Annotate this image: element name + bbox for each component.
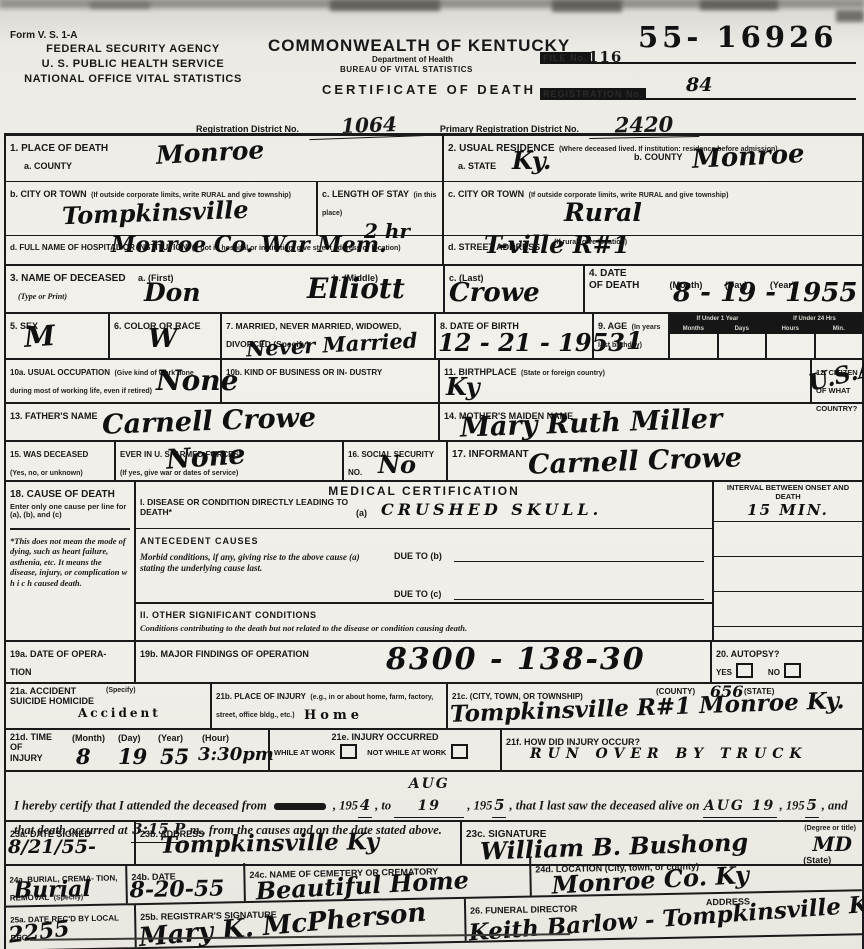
date-signed-value: 8/21/55- xyxy=(8,836,96,858)
mothers-name-value: Mary Ruth Miller xyxy=(460,403,723,443)
certification-statement: I hereby certify that I attended the dec… xyxy=(6,772,862,820)
not-while-at-work-checkbox xyxy=(451,744,468,759)
due-to-c-label: DUE TO (c) xyxy=(394,589,441,599)
date-of-operation-label: 19a. DATE OF OPERA- TION xyxy=(10,649,106,677)
business-label: 10b. KIND OF BUSINESS OR IN- DUSTRY xyxy=(226,368,382,377)
cert-year-3: 5 xyxy=(805,794,819,818)
injury-hour-label: (Hour) xyxy=(202,733,229,743)
row-forces-ssn-informant: 15. WAS DECEASED (Yes, no, or unknown) E… xyxy=(6,442,862,482)
field-age: 9. AGE (In years last birthday) 1 xyxy=(592,314,668,358)
field-time-of-injury: 21d. TIME OF INJURY (Month) (Day) (Year)… xyxy=(6,730,268,770)
field-date-received: 25a. DATE REC'D BY LOCAL REG. 2255 xyxy=(6,905,135,949)
field-county-of-death: 1. PLACE OF DEATH a. COUNTY Monroe xyxy=(6,136,442,182)
disease-condition-line: I. DISEASE OR CONDITION DIRECTLY LEADING… xyxy=(136,498,712,529)
days-label: Days xyxy=(717,324,766,334)
scribbled-entry xyxy=(274,803,326,810)
cert-year-2: 5 xyxy=(492,794,506,818)
interval-empty-1 xyxy=(714,522,862,557)
other-significant-title: II. OTHER SIGNIFICANT CONDITIONS xyxy=(140,610,317,620)
if-under-24hr-label: If Under 24 Hrs xyxy=(765,314,862,324)
if-under-1yr-label: If Under 1 Year xyxy=(670,314,765,324)
while-at-work-checkbox xyxy=(340,744,357,759)
field-street-address: d. STREET ADDRESS (If rural, give locati… xyxy=(444,236,862,260)
field-residence-city: c. CITY OR TOWN (If outside corporate li… xyxy=(444,182,862,236)
accident-label: 21a. ACCIDENT SUICIDE HOMICIDE xyxy=(10,686,100,707)
injury-month-label: (Month) xyxy=(72,733,105,743)
burial-state-label: (State) xyxy=(803,855,831,866)
autopsy-label: 20. AUTOPSY? xyxy=(716,649,780,659)
sidebar-divider xyxy=(10,528,130,530)
residence-city-label: c. CITY OR TOWN xyxy=(448,189,524,199)
months-label: Months xyxy=(670,324,717,334)
file-no-stamp-value: 116 xyxy=(588,48,622,66)
field-burial-type: 24a. BURIAL, CREMA- TION, REMOVAL (Speci… xyxy=(5,865,126,905)
fathers-name-label: 13. FATHER'S NAME xyxy=(10,411,98,421)
field-hospital-name: d. FULL NAME OF HOSPITAL OR INSTITUTION … xyxy=(6,236,442,260)
field-color-race: 6. COLOR OR RACE W xyxy=(108,314,220,358)
age-days-cell xyxy=(717,334,766,358)
cert-text-2: , 195 xyxy=(333,799,358,813)
field-mothers-maiden-name: 14. MOTHER'S MAIDEN NAME Mary Ruth Mille… xyxy=(438,404,862,440)
field-birthplace: 11. BIRTHPLACE (State or foreign country… xyxy=(438,360,810,402)
agency-line-1: FEDERAL SECURITY AGENCY xyxy=(18,43,248,55)
was-deceased-note: (Yes, no, or unknown) xyxy=(10,470,83,477)
autopsy-yes-checkbox xyxy=(736,663,753,678)
age-grid-cells xyxy=(670,334,862,358)
registration-no-value: 84 xyxy=(686,74,712,96)
dept-of-health: Department of Health xyxy=(372,55,453,64)
place-of-death-block: 1. PLACE OF DEATH a. COUNTY Monroe b. CI… xyxy=(6,136,442,264)
cert-text-6: , 195 xyxy=(780,799,805,813)
field-business-industry: 10b. KIND OF BUSINESS OR IN- DUSTRY xyxy=(220,360,438,402)
time-of-injury-label: 21d. TIME OF INJURY xyxy=(10,732,56,763)
cert-year-1: 4 xyxy=(358,794,372,818)
form-number: Form V. S. 1-A xyxy=(10,30,77,41)
row-sex-race-age: 5. SEX M 6. COLOR OR RACE W 7. MARRIED, … xyxy=(6,314,862,360)
ssn-value: No xyxy=(378,450,416,479)
field-major-findings: 19b. MAJOR FINDINGS OF OPERATION 8300 - … xyxy=(134,642,710,682)
first-name-value: Don xyxy=(144,278,201,307)
age-value: 1 xyxy=(626,326,643,355)
medical-certification-title: MEDICAL CERTIFICATION xyxy=(136,482,712,498)
cert-to-date: AUG 19 xyxy=(394,774,464,818)
place-of-death-title: 1. PLACE OF DEATH xyxy=(10,143,108,154)
age-hours-cell xyxy=(765,334,814,358)
autopsy-no-label: NO xyxy=(768,668,780,677)
field-injury-location: 21c. (CITY, TOWN, OR TOWNSHIP) (COUNTY) … xyxy=(446,684,862,728)
cert-text-5: , that I last saw the deceased alive on xyxy=(509,799,699,813)
date-of-death-label: 4. DATE OF DEATH xyxy=(589,268,641,291)
age-under-one-grid: If Under 1 Year If Under 24 Hrs Months D… xyxy=(668,314,862,358)
cert-alive-date: AUG 19 xyxy=(703,796,777,819)
street-address-value: T-ville R#1 xyxy=(484,230,630,259)
registrar-value: Mary K. McPherson xyxy=(138,898,428,949)
was-deceased-label: 15. WAS DECEASED xyxy=(10,450,88,459)
autopsy-no-checkbox xyxy=(784,663,801,678)
antecedent-block: ANTECEDENT CAUSES Morbid conditions, if … xyxy=(136,529,712,577)
cause-footnote: *This does not mean the mode of dying, s… xyxy=(10,536,130,589)
field-date-of-birth: 8. DATE OF BIRTH 12 - 21 - 1953 xyxy=(434,314,592,358)
occupation-label: 10a. USUAL OCCUPATION xyxy=(10,368,110,377)
birthplace-note: (State or foreign country) xyxy=(521,370,605,377)
commonwealth-title: COMMONWEALTH OF KENTUCKY xyxy=(268,36,570,56)
row-injury-1: 21a. ACCIDENT SUICIDE HOMICIDE (Specify)… xyxy=(6,684,862,730)
hospital-value: Monroe Co. War Mem. xyxy=(111,232,387,258)
burial-date-value: 8-20-55 xyxy=(129,875,224,903)
injury-occurred-label: 21e. INJURY OCCURRED xyxy=(274,732,496,742)
file-number-line: FILE No. 116 55- 16926 xyxy=(540,38,856,64)
cause-of-death-label: 18. CAUSE OF DEATH xyxy=(10,489,115,500)
residence-city-value: Rural xyxy=(564,198,642,227)
min-label: Min. xyxy=(814,324,863,334)
color-race-value: W xyxy=(148,324,177,354)
other-significant-block: II. OTHER SIGNIFICANT CONDITIONS Conditi… xyxy=(136,602,712,640)
antecedent-title: ANTECEDENT CAUSES xyxy=(140,536,259,546)
disease-a-tag: (a) xyxy=(356,508,367,518)
length-of-stay-label: c. LENGTH OF STAY xyxy=(322,189,409,199)
field-middle-name: b. (Middle) Elliott xyxy=(289,266,443,312)
occupation-value: None xyxy=(156,364,238,397)
row-occupation-birthplace: 10a. USUAL OCCUPATION (Give kind of work… xyxy=(6,360,862,404)
birthplace-value: Ky xyxy=(446,372,480,401)
informant-label: 17. INFORMANT xyxy=(452,449,529,460)
field-citizen-of: 12. CITIZEN OF WHAT COUNTRY? U.S.A xyxy=(810,360,862,402)
place-of-injury-label: 21b. PLACE OF INJURY xyxy=(216,692,306,701)
field-first-name: a. (First) Don xyxy=(134,266,289,312)
field-usual-occupation: 10a. USUAL OCCUPATION (Give kind of work… xyxy=(6,360,220,402)
field-registrar-signature: 25b. REGISTRAR'S SIGNATURE Mary K. McPhe… xyxy=(134,899,465,947)
field-cemetery-name: 24c. NAME OF CEMETERY OR CREMATORY Beaut… xyxy=(243,858,530,901)
date-of-death-value: 8 - 19 - 1955 xyxy=(673,278,857,308)
informant-value: Carnell Crowe xyxy=(528,442,743,480)
field-marital-status: 7. MARRIED, NEVER MARRIED, WIDOWED, DIVO… xyxy=(220,314,434,358)
cause-of-death-sidebar: 18. CAUSE OF DEATH Enter only one cause … xyxy=(6,482,134,640)
agency-line-3: NATIONAL OFFICE VITAL STATISTICS xyxy=(4,73,262,85)
field-last-name: c. (Last) Crowe xyxy=(443,266,583,312)
agency-line-2: U. S. PUBLIC HEALTH SERVICE xyxy=(18,58,248,70)
not-while-at-work-label: NOT WHILE AT WORK xyxy=(367,748,446,757)
row-name-dod: 3. NAME OF DECEASED (Type or Print) a. (… xyxy=(6,266,862,314)
field-armed-forces: EVER IN U. S. ARMED FORCES? (If yes, giv… xyxy=(114,442,342,480)
county-of-death-value: Monroe xyxy=(155,135,265,170)
address-value: Tompkinsville Ky xyxy=(160,828,380,859)
medical-certification-block: MEDICAL CERTIFICATION I. DISEASE OR COND… xyxy=(134,482,712,640)
field-fathers-name: 13. FATHER'S NAME Carnell Crowe xyxy=(6,404,438,440)
field-address: 23b. ADDRESS Tompkinsville Ky xyxy=(134,822,460,864)
interval-empty-3 xyxy=(714,592,862,627)
residence-state-label: a. STATE xyxy=(458,161,496,171)
field-accident-suicide-homicide: 21a. ACCIDENT SUICIDE HOMICIDE (Specify)… xyxy=(6,684,210,728)
field-social-security: 16. SOCIAL SECURITY NO. No xyxy=(342,442,446,480)
age-grid-header-2: Months Days Hours Min. xyxy=(670,324,862,334)
last-name-value: Crowe xyxy=(449,278,540,308)
injury-hour-value: 3:30pm xyxy=(198,744,274,765)
field-how-injury-occurred: 21f. HOW DID INJURY OCCUR? RUN OVER BY T… xyxy=(500,730,862,770)
field-residence-state-county: 2. USUAL RESIDENCE (Where deceased lived… xyxy=(444,136,862,182)
cause-note: Enter only one cause per line for (a), (… xyxy=(10,503,130,520)
residence-county-value: Monroe xyxy=(691,139,805,175)
injury-year-label: (Year) xyxy=(158,733,183,743)
name-title: 3. NAME OF DECEASED xyxy=(10,273,126,284)
death-certificate-scan: Form V. S. 1-A FEDERAL SECURITY AGENCY U… xyxy=(0,0,864,949)
accident-note: (Specify) xyxy=(106,687,136,695)
armed-forces-value: None xyxy=(165,439,246,475)
name-of-deceased-label-block: 3. NAME OF DECEASED (Type or Print) xyxy=(6,266,134,312)
cert-text-1: I hereby certify that I attended the dec… xyxy=(14,799,267,813)
field-length-of-stay: c. LENGTH OF STAY (in this place) 2 hr xyxy=(316,182,442,235)
place-of-injury-value: Home xyxy=(304,708,363,723)
county-label: a. COUNTY xyxy=(24,161,72,171)
age-months-cell xyxy=(670,334,717,358)
field-injury-occurred: 21e. INJURY OCCURRED WHILE AT WORK NOT W… xyxy=(268,730,500,770)
interval-label: INTERVAL BETWEEN ONSET AND DEATH xyxy=(714,482,862,501)
while-at-work-label: WHILE AT WORK xyxy=(274,748,335,757)
due-to-b-label: DUE TO (b) xyxy=(394,551,442,561)
morbid-note: Morbid conditions, if any, giving rise t… xyxy=(140,552,380,575)
hours-label: Hours xyxy=(765,324,814,334)
field-date-signed: 23a. DATE SIGNED 8/21/55- xyxy=(6,822,134,864)
residence-county-label: b. COUNTY xyxy=(634,152,683,162)
cert-text-3: , to xyxy=(375,799,391,813)
major-findings-label: 19b. MAJOR FINDINGS OF OPERATION xyxy=(140,649,309,659)
injury-year-value: 55 xyxy=(160,744,189,769)
how-injury-value: RUN OVER BY TRUCK xyxy=(530,746,808,762)
cause-a-value: CRUSHED SKULL. xyxy=(381,500,602,519)
bureau-line: BUREAU OF VITAL STATISTICS xyxy=(340,65,473,74)
injury-day-value: 19 xyxy=(118,744,147,769)
row-cause-of-death: 18. CAUSE OF DEATH Enter only one cause … xyxy=(6,482,862,642)
cert-text-4: , 195 xyxy=(467,799,492,813)
residence-state-value: Ky. xyxy=(512,146,551,175)
interval-empty-2 xyxy=(714,557,862,592)
injury-month-value: 8 xyxy=(76,744,91,769)
major-findings-value: 8300 - 138-30 xyxy=(386,642,646,677)
field-date-of-death: 4. DATE OF DEATH (Month) (Day) (Year) 8 … xyxy=(583,266,862,312)
row-parents: 13. FATHER'S NAME Carnell Crowe 14. MOTH… xyxy=(6,404,862,442)
certificate-of-death-title: CERTIFICATE OF DEATH xyxy=(322,82,536,97)
registration-number-line: REGISTRATION No. 84 xyxy=(540,78,856,100)
city-label: b. CITY OR TOWN xyxy=(10,189,87,199)
file-no-stamp-label: FILE No. xyxy=(540,52,591,64)
certificate-form: 1. PLACE OF DEATH a. COUNTY Monroe b. CI… xyxy=(4,133,864,949)
burial-value: Burial xyxy=(13,876,91,903)
funeral-director-value: Keith Barlow - Tompkinsville Ky xyxy=(468,890,864,946)
field-city-of-death: b. CITY OR TOWN (If outside corporate li… xyxy=(6,182,316,235)
row-injury-2: 21d. TIME OF INJURY (Month) (Day) (Year)… xyxy=(6,730,862,772)
field-sex: 5. SEX M xyxy=(6,314,108,358)
autopsy-yes-label: YES xyxy=(716,668,732,677)
sex-value: M xyxy=(23,319,56,354)
middle-name-value: Elliott xyxy=(307,272,405,305)
city-of-death-value: Tompkinsville xyxy=(62,195,249,230)
certificate-header: Form V. S. 1-A FEDERAL SECURITY AGENCY U… xyxy=(0,0,864,133)
field-place-of-injury: 21b. PLACE OF INJURY (e.g., in or about … xyxy=(210,684,446,728)
row-operation-autopsy: 19a. DATE OF OPERA- TION 19b. MAJOR FIND… xyxy=(6,642,862,684)
field-was-deceased: 15. WAS DECEASED (Yes, no, or unknown) xyxy=(6,442,114,480)
registration-no-stamp-label: REGISTRATION No. xyxy=(540,88,646,100)
field-burial-location: 24d. LOCATION (City, town, or county) (S… xyxy=(529,851,862,895)
interval-column: INTERVAL BETWEEN ONSET AND DEATH 15 MIN. xyxy=(712,482,862,640)
field-autopsy: 20. AUTOPSY? YES NO xyxy=(710,642,862,682)
fathers-name-value: Carnell Crowe xyxy=(102,402,317,440)
injury-day-label: (Day) xyxy=(118,733,141,743)
accident-value: Accident xyxy=(78,706,161,720)
field-date-of-operation: 19a. DATE OF OPERA- TION xyxy=(6,642,134,682)
age-min-cell xyxy=(814,334,863,358)
city-length-row: b. CITY OR TOWN (If outside corporate li… xyxy=(6,182,442,236)
state-file-number: 55- 16926 xyxy=(638,20,837,54)
field-burial-date: 24b. DATE 8-20-55 xyxy=(125,863,244,903)
age-label: 9. AGE xyxy=(598,321,627,331)
usual-residence-block: 2. USUAL RESIDENCE (Where deceased lived… xyxy=(442,136,862,264)
age-grid-header-1: If Under 1 Year If Under 24 Hrs xyxy=(670,314,862,324)
name-note: (Type or Print) xyxy=(18,292,67,301)
marital-value: Never Married xyxy=(245,328,418,362)
citizen-value: U.S.A xyxy=(806,354,864,397)
row-certification: I hereby certify that I attended the dec… xyxy=(6,772,862,822)
field-informant: 17. INFORMANT Carnell Crowe xyxy=(446,442,862,480)
other-significant-note: Conditions contributing to the death but… xyxy=(140,623,470,634)
disease-label: I. DISEASE OR CONDITION DIRECTLY LEADING… xyxy=(140,498,350,518)
due-to-b-line xyxy=(454,561,704,562)
interval-value: 15 MIN. xyxy=(714,501,862,522)
due-to-c-line xyxy=(454,599,704,600)
row-place-residence: 1. PLACE OF DEATH a. COUNTY Monroe b. CI… xyxy=(6,136,862,266)
